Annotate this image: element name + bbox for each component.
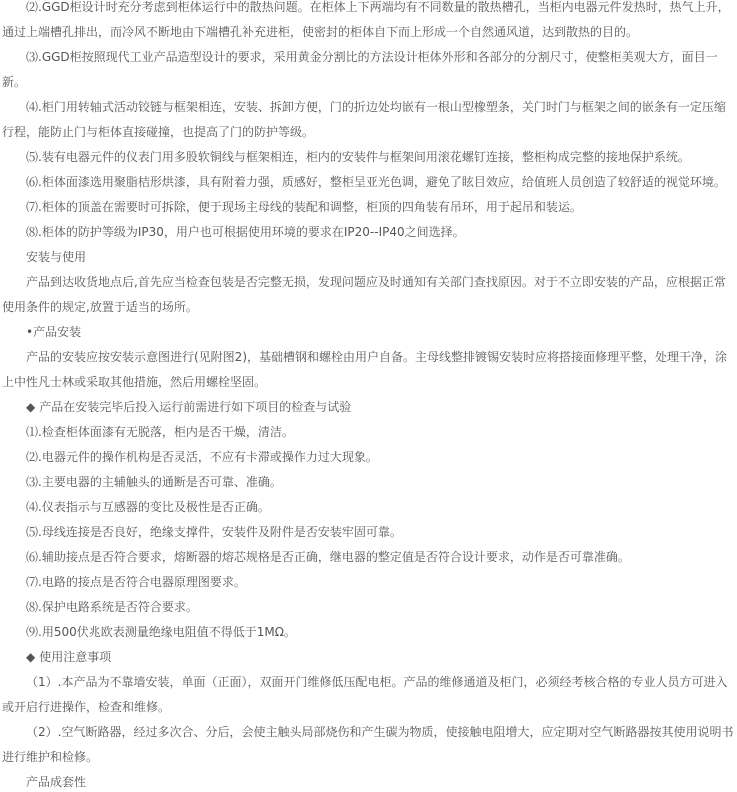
bullet-heading-inspection: ◆产品在安装完毕后投入运行前需进行如下项目的检查与试验: [2, 395, 737, 420]
bullet-heading-usage-notes: ◆使用注意事项: [2, 645, 737, 670]
check-item-6: ⑹.辅助接点是否符合要求，熔断器的熔芯规格是否正确，继电器的整定值是否符合设计要…: [2, 545, 737, 570]
subheading-product-install: •产品安装: [2, 320, 737, 345]
paragraph-heat-dissipation: ⑵.GGD柜设计时充分考虑到柜体运行中的散热问题。在柜体上下两端均有不同数量的散…: [2, 0, 737, 45]
check-item-3: ⑶.主要电器的主辅触头的通断是否可靠、准确。: [2, 470, 737, 495]
paragraph-receiving: 产品到达收货地点后,首先应当检查包装是否完整无损，发现问题应及时通知有关部门查找…: [2, 270, 737, 320]
paragraph-golden-ratio-design: ⑶.GGD柜按照现代工业产品造型设计的要求，采用黄金分割比的方法设计柜体外形和各…: [2, 45, 737, 95]
diamond-bullet-icon: ◆: [26, 650, 35, 664]
check-item-4: ⑷.仪表指示与互感器的变比及极性是否正确。: [2, 495, 737, 520]
paragraph-door-hinge: ⑷.柜门用转轴式活动铰链与框架相连，安装、拆卸方便，门的折边处均嵌有一根山型橡塑…: [2, 95, 737, 145]
check-item-9: ⑼.用500伏兆欧表测量绝缘电阻值不得低于1MΩ。: [2, 620, 737, 645]
bullet-heading-text: 使用注意事项: [39, 650, 111, 664]
section-heading-install-use: 安装与使用: [2, 245, 737, 270]
check-item-8: ⑻.保护电路系统是否符合要求。: [2, 595, 737, 620]
document-body: ⑵.GGD柜设计时充分考虑到柜体运行中的散热问题。在柜体上下两端均有不同数量的散…: [0, 0, 737, 792]
check-item-2: ⑵.电器元件的操作机构是否灵活，不应有卡滞或操作力过大现象。: [2, 445, 737, 470]
paragraph-paint: ⑹.柜体面漆选用聚脂桔形烘漆，具有附着力强，质感好，整柜呈亚光色调，避免了眩目效…: [2, 170, 737, 195]
check-item-1: ⑴.检查柜体面漆有无脱落，柜内是否干燥，清洁。: [2, 420, 737, 445]
check-item-7: ⑺.电路的接点是否符合电器原理图要求。: [2, 570, 737, 595]
usage-note-2: （2）.空气断路器，经过多次合、分后，会使主触头局部烧伤和产生碳为物质，使接触电…: [2, 720, 737, 770]
paragraph-install-procedure: 产品的安装应按安装示意图进行(见附图2)，基础槽钢和螺栓由用户自备。主母线整排镀…: [2, 345, 737, 395]
check-item-5: ⑸.母线连接是否良好，绝缘支撑件，安装件及附件是否安装牢固可靠。: [2, 520, 737, 545]
paragraph-top-cover: ⑺.柜体的顶盖在需要时可拆除，便于现场主母线的装配和调整，柜顶的四角装有吊环，用…: [2, 195, 737, 220]
diamond-bullet-icon: ◆: [26, 400, 35, 414]
paragraph-protection-level: ⑻.柜体的防护等级为IP30，用户也可根据使用环境的要求在IP20--IP40之…: [2, 220, 737, 245]
section-heading-product-completeness: 产品成套性: [2, 770, 737, 792]
bullet-heading-text: 产品在安装完毕后投入运行前需进行如下项目的检查与试验: [39, 400, 351, 414]
paragraph-grounding: ⑸.装有电器元件的仪表门用多股软铜线与框架相连，柜内的安装件与框架间用滚花螺钉连…: [2, 145, 737, 170]
usage-note-1: （1）.本产品为不靠墙安装，单面（正面），双面开门维修低压配电柜。产品的维修通道…: [2, 670, 737, 720]
